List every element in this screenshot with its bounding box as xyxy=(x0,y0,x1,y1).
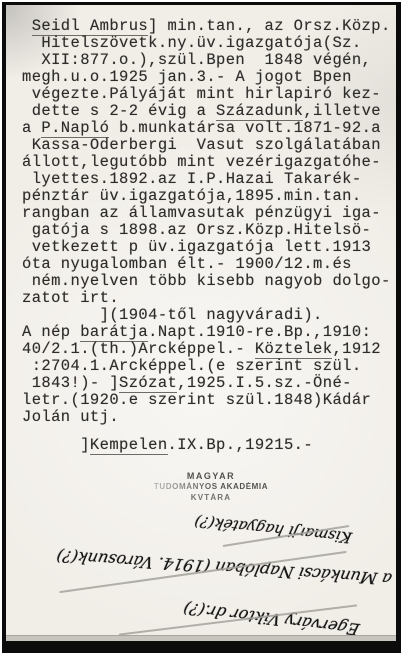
typed-text-segment: dette s 2-2 évig a xyxy=(22,102,216,120)
typed-line: ](1904-től nagyváradi). xyxy=(22,307,392,324)
typed-text-segment: vetkezett p üv.igazgatója lett.1913 xyxy=(22,238,371,256)
typed-line: óta nyugalomban élt.- 1900/12.m.és xyxy=(22,256,392,273)
typed-text-segment: ](1904-től nagyváradi). xyxy=(22,306,323,324)
typed-text-segment: rangban az államvasutak pénzügyi iga- xyxy=(22,204,381,222)
typed-line: Hitelszövetk.ny.üv.igazgatója(Sz. xyxy=(22,35,392,52)
typed-text-segment: pénztár üv.igazgatója,1895.min.tan. xyxy=(22,187,362,205)
typed-text-segment: Hitelszövetk.ny.üv.igazgatója(Sz. xyxy=(22,34,362,52)
typed-line: Seidl Ambrus] min.tan., az Orsz.Közp. xyxy=(22,18,392,35)
typed-line: :2704.1.Arcképpel.(e szerint szül. xyxy=(22,358,392,375)
typed-line: a P.Napló b.munkatársa volt.1871-92.a xyxy=(22,120,392,137)
typed-text-segment: ,illetve xyxy=(303,102,381,120)
stamp-line: KVTÁRA xyxy=(144,492,278,503)
typed-text-segment: .Napt.1910-re.Bp.,1910: xyxy=(148,323,371,341)
typed-line: vetkezett p üv.igazgatója lett.1913 xyxy=(22,239,392,256)
typed-text-segment: zatot irt. xyxy=(22,289,119,307)
typed-text-segment: A nép xyxy=(22,323,80,341)
typed-line: ]Kempelen.IX.Bp.,19215.- xyxy=(22,437,392,454)
typed-text-segment: Jolán utj. xyxy=(22,408,119,426)
typed-line: A nép barátja.Napt.1910-re.Bp.,1910: xyxy=(22,324,392,341)
typed-line: megh.u.o.1925 jan.3.- A jogot Bpen xyxy=(22,69,392,86)
typed-line: letr.(1920.e szerint szül.1848)Kádár xyxy=(22,392,392,409)
typed-text-segment: letr.(1920.e szerint szül.1848)Kádár xyxy=(22,391,371,409)
typed-line: 40/2.1.(th.)Arcképpel.- Köztelek,1912 xyxy=(22,341,392,358)
typed-text-segment: végezte.Pályáját mint hirlapiró kez- xyxy=(22,85,381,103)
scanned-card-photo: Seidl Ambrus] min.tan., az Orsz.Közp. Hi… xyxy=(0,0,403,655)
typed-text-segment: gatója s 1898.az Orsz.Közp.Hitelsö- xyxy=(22,221,371,239)
typed-text-segment: 1843!)- ] xyxy=(22,374,119,392)
typed-text-segment: ] xyxy=(22,436,90,454)
typed-line: ném.nyelven több kisebb nagyob dolgo- xyxy=(22,273,392,290)
typed-text-segment: óta nyugalomban élt.- 1900/12.m.és xyxy=(22,255,352,273)
typed-line: zatot irt. xyxy=(22,290,392,307)
typed-text-segment: ] min.tan., az Orsz.Közp. xyxy=(148,17,391,35)
card-bottom-edge xyxy=(6,635,396,641)
typed-line: 1843!)- ]Szózat,1925.I.5.sz.-Öné- xyxy=(22,375,392,392)
typed-text-segment: ,1925.I.5.sz.-Öné- xyxy=(177,374,352,392)
typed-text-segment: .IX.Bp.,19215.- xyxy=(168,436,314,454)
typed-text-segment: lyettes.1892.az I.P.Hazai Takarék- xyxy=(22,170,362,188)
typed-line: végezte.Pályáját mint hirlapiró kez- xyxy=(22,86,392,103)
typed-text: Seidl Ambrus] min.tan., az Orsz.Közp. Hi… xyxy=(22,18,392,454)
catalog-card: Seidl Ambrus] min.tan., az Orsz.Közp. Hi… xyxy=(6,5,396,641)
typed-line: lyettes.1892.az I.P.Hazai Takarék- xyxy=(22,171,392,188)
typed-text-segment: :2704.1.Arcképpel.(e szerint szül. xyxy=(22,357,362,375)
stamp-line: TUDOMÁNYOS AKADÉMIA xyxy=(144,482,278,492)
typed-line: Kassa-Oderbergi Vasut szolgálatában xyxy=(22,137,392,154)
stamp-line: MAGYAR xyxy=(144,471,278,482)
typed-line: Jolán utj. xyxy=(22,409,392,426)
typed-text-segment: állott,legutóbb mint vezérigazgatóhe- xyxy=(22,153,381,171)
typed-text-segment: 40/2.1.(th.)Arcképpel.- xyxy=(22,340,255,358)
typed-text-segment: ném.nyelven több kisebb nagyob dolgo- xyxy=(22,272,391,290)
typed-text-segment: megh.u.o.1925 jan.3.- A jogot Bpen xyxy=(22,68,352,86)
typed-text-segment: XII:877.o.),szül.Bpen 1848 végén, xyxy=(22,51,371,69)
typed-line: dette s 2-2 évig a Századunk,illetve xyxy=(22,103,392,120)
typed-text-segment xyxy=(22,17,32,35)
typed-line: rangban az államvasutak pénzügyi iga- xyxy=(22,205,392,222)
handwritten-note-upside-down: a Munkácsi Naplóban (1914. Városunk(?) xyxy=(18,544,393,589)
library-stamp: MAGYAR TUDOMÁNYOS AKADÉMIA KVTÁRA xyxy=(144,471,278,503)
typed-text-segment: Kassa-Oderbergi Vasut szolgálatában xyxy=(22,136,381,154)
typed-line: állott,legutóbb mint vezérigazgatóhe- xyxy=(22,154,392,171)
typed-line: gatója s 1898.az Orsz.Közp.Hitelsö- xyxy=(22,222,392,239)
typed-text-segment: a xyxy=(22,119,41,137)
typed-line: XII:877.o.),szül.Bpen 1848 végén, xyxy=(22,52,392,69)
typed-text-segment: b.munkatársa volt.1871-92.a xyxy=(109,119,381,137)
typed-text-segment: ,1912 xyxy=(332,340,381,358)
typed-line: pénztár üv.igazgatója,1895.min.tan. xyxy=(22,188,392,205)
handwritten-note-upside-down: Kismarji hagyaték(?) xyxy=(200,513,354,546)
underlined-text: Kempelen xyxy=(90,436,168,455)
